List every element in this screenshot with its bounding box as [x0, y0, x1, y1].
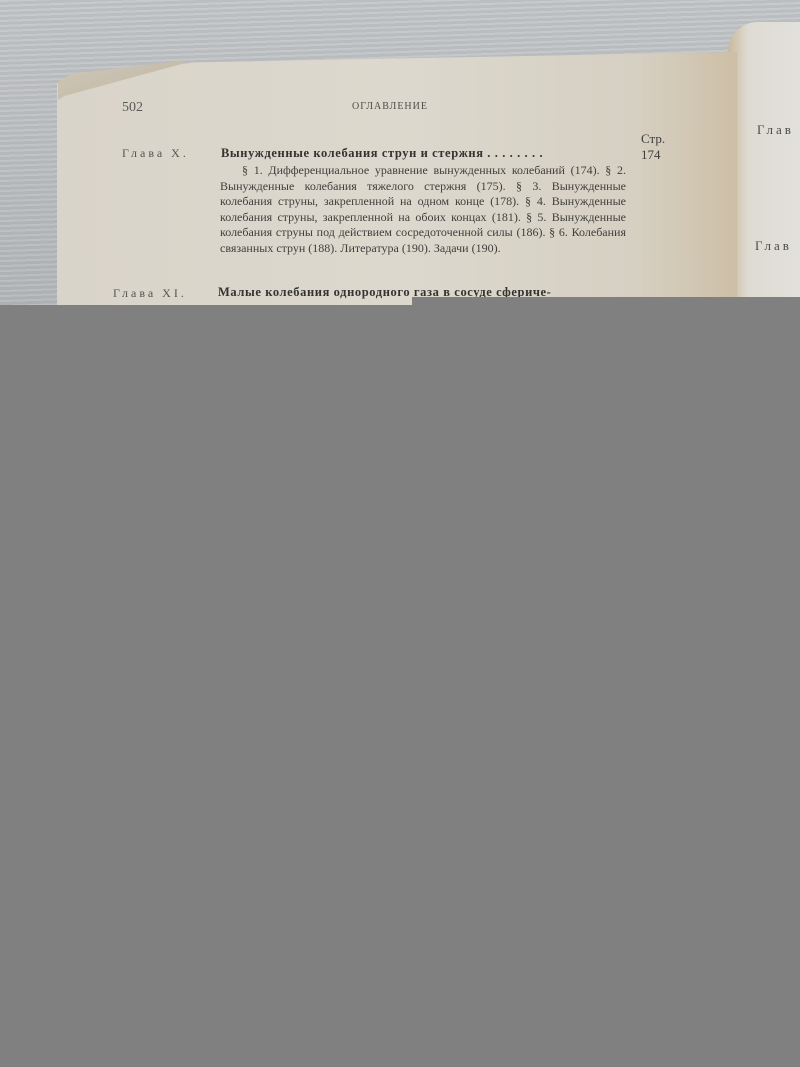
page-number: 502 [122, 100, 143, 116]
redaction-mask [0, 305, 800, 1067]
facing-page-chapter-label: Глав [757, 122, 794, 138]
facing-page-edge [728, 22, 800, 312]
facing-page-chapter-label: Глав [755, 238, 792, 254]
chapter-page-number: 174 [641, 147, 661, 163]
chapter-title: Вынужденные колебания струн и стержня . … [221, 146, 543, 161]
chapter-label: Глава XI. [113, 286, 187, 301]
chapter-label: Глава X. [122, 146, 189, 161]
running-head: ОГЛАВЛЕНИЕ [352, 101, 428, 112]
chapter-sections: § 1. Дифференциальное уравнение вынужден… [220, 163, 626, 257]
page-column-label: Стр. [641, 131, 665, 147]
